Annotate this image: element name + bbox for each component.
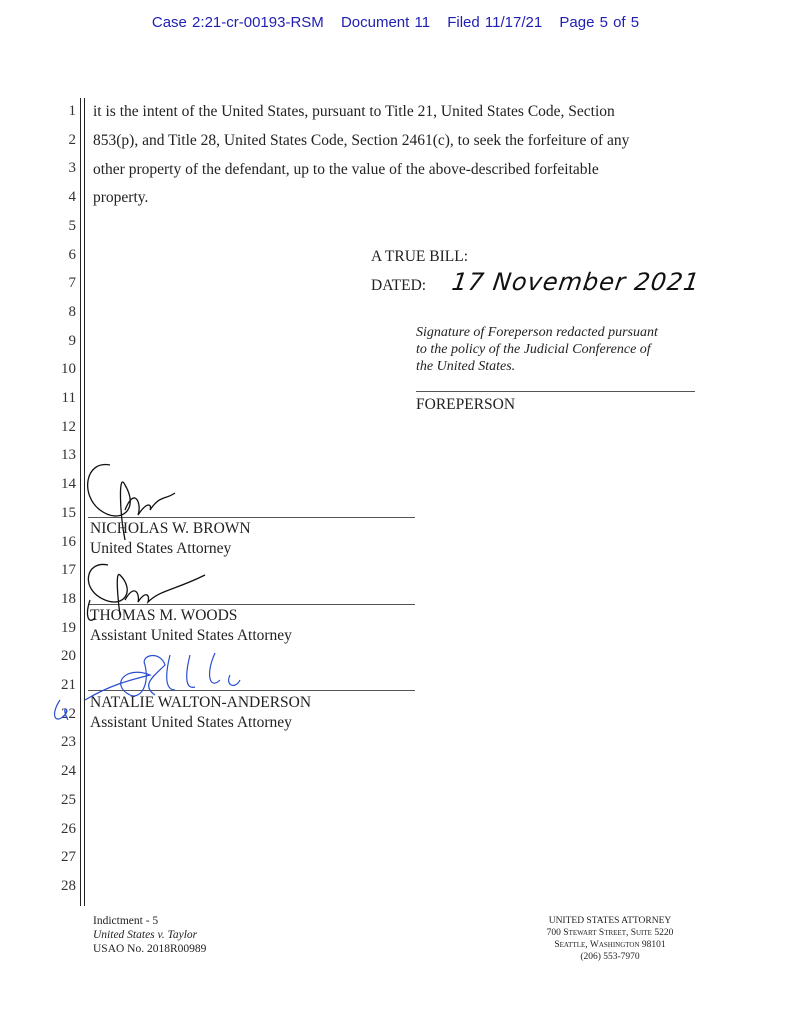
redaction-note-line: to the policy of the Judicial Conference…	[416, 341, 658, 358]
page-indicator: Page 5 of 5	[559, 14, 639, 31]
body-paragraph: it is the intent of the United States, p…	[93, 98, 713, 213]
line-number: 5	[48, 218, 76, 235]
dated-handwritten-value: 17 November 2021	[450, 268, 702, 296]
footer-doc-title: Indictment - 5	[93, 914, 206, 928]
body-line: other property of the defendant, up to t…	[93, 156, 713, 185]
foreperson-label: FOREPERSON	[416, 396, 515, 414]
line-number: 2	[48, 132, 76, 149]
line-number: 6	[48, 247, 76, 264]
document-number: Document 11	[341, 14, 430, 31]
dated-label: DATED:	[371, 277, 426, 295]
signature-brown-icon	[80, 455, 190, 555]
footer-office: UNITED STATES ATTORNEY	[520, 915, 700, 927]
line-number: 15	[48, 505, 76, 522]
line-number: 18	[48, 591, 76, 608]
line-number: 24	[48, 763, 76, 780]
signature-woods-icon	[80, 560, 210, 630]
line-number: 17	[48, 562, 76, 579]
line-number: 14	[48, 476, 76, 493]
footer-usao-number: USAO No. 2018R00989	[93, 942, 206, 956]
line-number: 11	[48, 390, 76, 407]
redaction-note-line: Signature of Foreperson redacted pursuan…	[416, 324, 658, 341]
body-line: 853(p), and Title 28, United States Code…	[93, 127, 713, 156]
body-line: it is the intent of the United States, p…	[93, 98, 713, 127]
line-number: 23	[48, 734, 76, 751]
case-number: Case 2:21-cr-00193-RSM	[152, 14, 324, 31]
footer-city: Seattle, Washington 98101	[520, 939, 700, 951]
foreperson-signature-line	[416, 391, 695, 392]
line-number: 3	[48, 160, 76, 177]
line-number: 9	[48, 333, 76, 350]
footer-phone: (206) 553-7970	[520, 951, 700, 963]
footer-right: UNITED STATES ATTORNEY 700 Stewart Stree…	[520, 915, 700, 963]
line-number: 19	[48, 620, 76, 637]
line-number: 27	[48, 849, 76, 866]
filed-date: Filed 11/17/21	[447, 14, 542, 31]
redaction-note: Signature of Foreperson redacted pursuan…	[416, 324, 658, 375]
line-number: 28	[48, 878, 76, 895]
line-number: 16	[48, 534, 76, 551]
line-number: 1	[48, 103, 76, 120]
line-number: 7	[48, 275, 76, 292]
line-number: 25	[48, 792, 76, 809]
footer-case-caption: United States v. Taylor	[93, 928, 206, 942]
redaction-note-line: the United States.	[416, 358, 658, 375]
body-line: property.	[93, 184, 713, 213]
signature-walton-anderson-icon	[40, 645, 250, 735]
line-number: 10	[48, 361, 76, 378]
true-bill-label: A TRUE BILL:	[371, 248, 468, 266]
ecf-header: Case 2:21-cr-00193-RSM Document 11 Filed…	[0, 14, 791, 31]
footer-address: 700 Stewart Street, Suite 5220	[520, 927, 700, 939]
line-number: 13	[48, 447, 76, 464]
footer-left: Indictment - 5 United States v. Taylor U…	[93, 914, 206, 956]
line-number: 8	[48, 304, 76, 321]
line-number: 12	[48, 419, 76, 436]
line-number: 26	[48, 821, 76, 838]
line-number: 4	[48, 189, 76, 206]
